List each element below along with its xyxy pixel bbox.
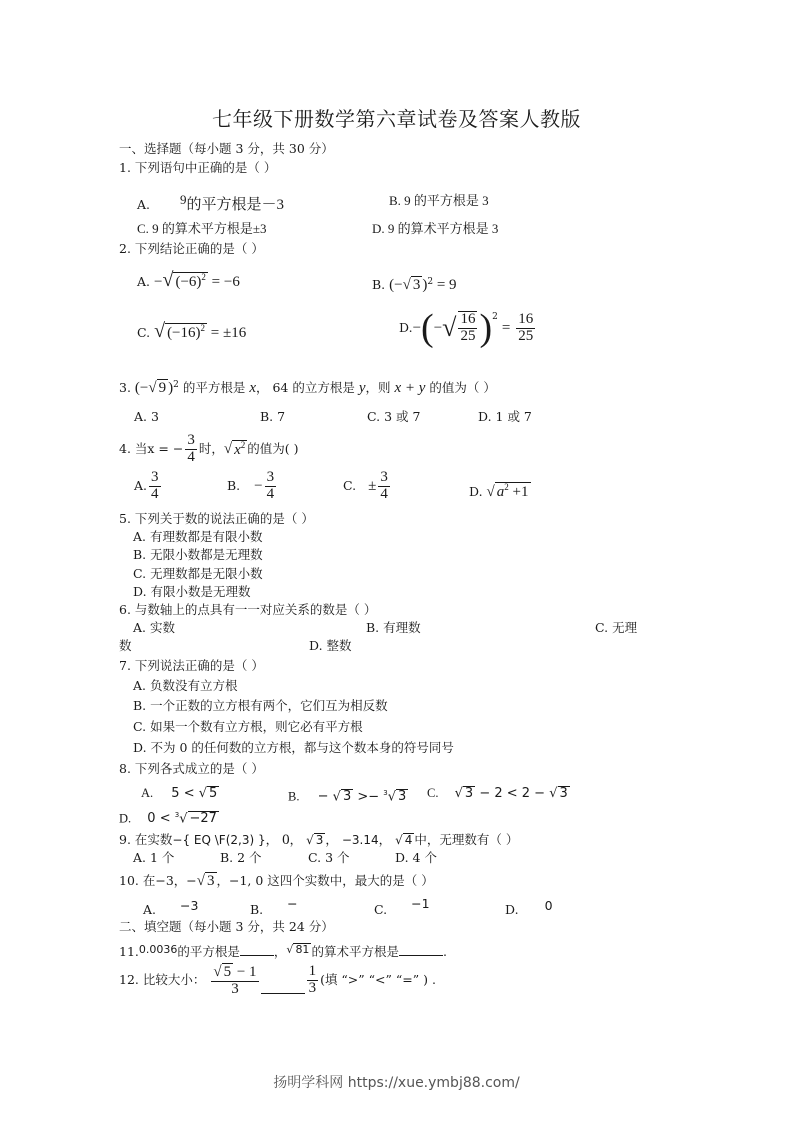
q2-a-exp: 2 <box>201 272 206 282</box>
q10-tail: ，−1, 0 这四个实数中，最大的是（ ） <box>217 873 434 888</box>
q1-option-c: C. 9 的算术平方根是±3 <box>137 221 267 237</box>
q9-item-sqrt3: 3 <box>314 833 326 847</box>
question-3-stem: 3. (−√9)2 的平方根是 x， 64 的立方根是 y，则 x + y 的值… <box>119 377 496 397</box>
q10-c-label: C. <box>374 902 387 917</box>
q7-option-a: A. 负数没有立方根 <box>133 678 237 694</box>
q4-stem-mid: 时， <box>199 441 224 457</box>
q11-rad: 81 <box>293 943 311 956</box>
question-1-stem: 1. 下列语句中正确的是（ ） <box>119 160 276 176</box>
q4-b-den: 4 <box>265 487 277 503</box>
q1-option-d: D. 9 的算术平方根是 3 <box>372 221 498 237</box>
q11-answer-blank-2[interactable] <box>399 943 443 956</box>
q2-b-pre: (− <box>389 277 402 293</box>
document-title: 七年级下册数学第六章试卷及答案人教版 <box>0 103 793 132</box>
q5-option-d: D. 有限小数是无理数 <box>133 584 251 600</box>
q3-text2: ， 64 的立方根是 <box>256 380 359 395</box>
q4-d-label: D. <box>469 484 483 499</box>
question-5-stem: 5. 下列关于数的说法正确的是（ ） <box>119 511 314 527</box>
q10-a-value: −3 <box>180 898 198 913</box>
q11-number: 0.0036 <box>139 943 178 956</box>
q3-number: 3. <box>119 380 131 395</box>
q10-rad: 3 <box>205 872 217 890</box>
q8-option-b: B. − √3 >− 3√3 <box>288 785 408 805</box>
question-10-stem: 10. 在−3，−√3，−1, 0 这四个实数中，最大的是（ ） <box>119 872 434 890</box>
q9-item-314: −3.14 <box>342 833 379 847</box>
q1-option-a-text: 的平方根是－3 <box>186 197 284 213</box>
q3-var-x: x <box>249 380 256 396</box>
q4-a-den: 4 <box>149 487 161 503</box>
q2-b-radicand: 3 <box>411 276 423 294</box>
q2-a-result: = −6 <box>208 274 240 290</box>
q1-option-a-label: A. <box>137 197 150 212</box>
q3-expr-xy: x + y <box>394 380 425 396</box>
q4-stem-den: 4 <box>185 450 197 466</box>
q2-d-rnum: 16 <box>516 312 535 329</box>
q1-option-c-text: C. 9 的算术平方根是±3 <box>137 221 267 236</box>
q8-c-rad: 3 <box>463 786 475 801</box>
q5-option-a: A. 有理数都是有限小数 <box>133 529 262 545</box>
q2-d-den: 25 <box>458 329 477 345</box>
q1-option-d-text: D. 9 的算术平方根是 3 <box>372 221 498 236</box>
q10-option-c: C.−1 <box>374 902 430 918</box>
q2-d-exp: 2 <box>492 309 498 325</box>
q10-b-value: − <box>287 896 297 911</box>
q2-option-b: B. (−√3)2 = 9 <box>372 274 457 294</box>
q9-item-sqrt4: 4 <box>403 833 415 847</box>
q2-c-result: = ±16 <box>207 325 246 341</box>
q2-a-radicand: (−6) <box>175 274 201 290</box>
question-4-stem: 4. 当x = − 34 时， √x2 的值为( ) <box>119 433 299 466</box>
question-2-stem: 2. 下列结论正确的是（ ） <box>119 241 264 257</box>
q11-text1: 的平方根是 <box>177 944 240 959</box>
q4-stem-tail: 的值为( ) <box>247 441 298 457</box>
question-8-stem: 8. 下列各式成立的是（ ） <box>119 761 264 777</box>
q4-b-num: 3 <box>265 470 277 487</box>
q1-option-a: A. 9的平方根是－3 <box>137 192 284 213</box>
section-2-heading: 二、填空题（每小题 3 分，共 24 分） <box>119 919 334 935</box>
q10-option-b: B.− <box>250 902 298 918</box>
q5-option-b: B. 无限小数都是无理数 <box>133 547 263 563</box>
q7-option-b: B. 一个正数的立方根有两个，它们互为相反数 <box>133 698 388 714</box>
q9-option-b: B. 2 个 <box>220 850 262 866</box>
q4-b-sign: − <box>254 478 262 494</box>
q2-d-minus: − <box>413 320 421 336</box>
q7-option-c: C. 如果一个数有立方根，则它必有平方根 <box>133 719 363 735</box>
q8-a-label: A. <box>141 786 153 800</box>
q4-a-label: A. <box>134 478 147 494</box>
q3-option-d: D. 1 或 7 <box>478 409 532 425</box>
question-7-stem: 7. 下列说法正确的是（ ） <box>119 658 264 674</box>
q8-d-rad: −27 <box>188 811 219 826</box>
q2-option-d: D. − ( − √ 1625 )2 = 1625 <box>399 309 537 347</box>
question-9-stem: 9. 在实数−{ EQ \F(2,3) }， 0， √3， −3.14， √4中… <box>119 832 518 848</box>
q3-option-c: C. 3 或 7 <box>367 409 420 425</box>
q8-a-pre: 5 < <box>171 786 198 801</box>
q9-option-d: D. 4 个 <box>395 850 437 866</box>
q8-b-mid: >− <box>353 789 383 804</box>
footer-watermark: 扬明学科网 https://xue.ymbj88.com/ <box>0 1072 793 1092</box>
q8-d-pre: 0 < <box>147 811 174 826</box>
q3-text3: ，则 <box>365 380 394 395</box>
q2-option-b-label: B. <box>372 277 385 292</box>
q2-option-d-label: D. <box>399 320 413 336</box>
q2-option-c: C. √(−16)2 = ±16 <box>137 323 246 342</box>
question-12: 12. 比较大小： √5 − 13 13 (填 “>” “<” “=” ) . <box>119 963 436 998</box>
q10-a-label: A. <box>143 902 156 917</box>
q8-b-pre: − <box>318 789 333 804</box>
q10-d-label: D. <box>505 902 519 917</box>
q6-option-d: D. 整数 <box>309 638 352 654</box>
q8-option-d: D. 0 < 3√−27 <box>119 807 219 827</box>
q4-option-b: B. − 34 <box>227 470 278 503</box>
q2-b-result: = 9 <box>433 277 456 293</box>
q8-c-mid: − 2 < 2 − <box>475 786 549 801</box>
q10-option-d: D.0 <box>505 902 553 918</box>
q3-option-a: A. 3 <box>134 409 159 425</box>
q2-d-eq: = <box>502 320 510 336</box>
q3-expr-rad: 9 <box>157 379 169 397</box>
q11-text2: 的算术平方根是 <box>311 944 399 959</box>
q4-option-c: C. ± 34 <box>343 470 392 503</box>
q4-d-tail: +1 <box>509 484 529 500</box>
q4-stem-rad: x <box>234 442 241 458</box>
q4-b-label: B. <box>227 478 240 494</box>
q4-a-num: 3 <box>149 470 161 487</box>
q11-answer-blank-1[interactable] <box>240 943 274 956</box>
q9-tail: 中，无理数有（ ） <box>414 832 518 847</box>
q12-lnum-tail: − 1 <box>233 964 256 980</box>
q4-c-num: 3 <box>378 470 390 487</box>
q1-option-b: B. 9 的平方根是 3 <box>389 193 489 209</box>
q11-prefix: 11. <box>119 944 139 959</box>
q12-prefix: 12. 比较大小： <box>119 972 205 988</box>
q10-c-value: −1 <box>411 896 429 911</box>
q11-sep: ， <box>274 944 287 959</box>
q11-end: . <box>443 944 447 959</box>
q8-b-rad2: 3 <box>396 789 408 804</box>
q3-text4: 的值为（ ） <box>425 380 495 395</box>
q2-d-inner-minus: − <box>434 320 442 336</box>
q8-option-c: C. √3 − 2 < 2 − √3 <box>427 785 570 802</box>
q8-d-label: D. <box>119 811 131 825</box>
q6-option-b: B. 有理数 <box>366 620 421 636</box>
q2-c-exp: 2 <box>201 323 206 333</box>
q10-prefix: 10. 在−3，− <box>119 873 197 888</box>
q12-lden: 3 <box>229 982 241 998</box>
q4-c-sign: ± <box>368 478 376 494</box>
q8-c-label: C. <box>427 786 438 800</box>
q9-option-a: A. 1 个 <box>133 850 174 866</box>
q10-b-label: B. <box>250 902 263 917</box>
q8-b-label: B. <box>288 789 299 803</box>
q3-text1: 的平方根是 <box>179 380 249 395</box>
q9-prefix: 9. 在实数 <box>119 832 172 847</box>
q2-option-c-label: C. <box>137 325 150 340</box>
q10-d-value: 0 <box>545 898 553 913</box>
q12-lnum-rad: 5 <box>222 963 234 981</box>
question-6-stem: 6. 与数轴上的点具有一一对应关系的数是（ ） <box>119 602 376 618</box>
q4-option-a: A. 34 <box>134 470 163 503</box>
q4-c-label: C. <box>343 478 356 494</box>
q2-option-a: A. −√(−6)2 = −6 <box>137 272 240 291</box>
q12-answer-blank[interactable] <box>261 981 305 994</box>
q4-prefix: 4. 当x = − <box>119 441 183 457</box>
q9-option-c: C. 3 个 <box>308 850 350 866</box>
q2-c-radicand: (−16) <box>167 325 200 341</box>
q4-stem-rad-exp: 2 <box>241 440 246 450</box>
q2-option-a-label: A. <box>137 274 150 289</box>
q2-d-num: 16 <box>458 312 477 329</box>
q6-option-c: C. 无理 <box>595 620 637 636</box>
q9-item-0: 0 <box>282 832 290 848</box>
q8-option-a: A. 5 < √5 <box>141 785 219 802</box>
question-11: 11.0.0036的平方根是，√81的算术平方根是. <box>119 942 447 960</box>
q8-b-rad: 3 <box>341 789 353 804</box>
q12-rnum: 1 <box>307 964 319 981</box>
q8-a-rad: 5 <box>207 786 219 801</box>
q4-stem-num: 3 <box>185 433 197 450</box>
q9-field-code: −{ EQ \F(2,3) } <box>172 833 265 847</box>
q12-rden: 3 <box>307 981 319 997</box>
q6-option-c-wrap: 数 <box>119 638 132 654</box>
q2-d-rden: 25 <box>516 329 535 345</box>
q4-c-den: 4 <box>378 487 390 503</box>
q10-option-a: A.−3 <box>143 902 198 918</box>
section-1-heading: 一、选择题（每小题 3 分，共 30 分） <box>119 141 334 157</box>
q6-option-a: A. 实数 <box>133 620 175 636</box>
q3-expr-pre: (− <box>135 380 148 396</box>
q4-option-d: D. √a2 +1 <box>469 482 531 501</box>
q5-option-c: C. 无理数都是无限小数 <box>133 566 263 582</box>
q1-option-b-text: B. 9 的平方根是 3 <box>389 193 489 208</box>
q8-c-rad2: 3 <box>558 786 570 801</box>
q7-option-d: D. 不为 0 的任何数的立方根，都与这个数本身的符号同号 <box>133 740 454 756</box>
q3-option-b: B. 7 <box>260 409 285 425</box>
q12-tail: (填 “>” “<” “=” ) . <box>320 972 436 988</box>
